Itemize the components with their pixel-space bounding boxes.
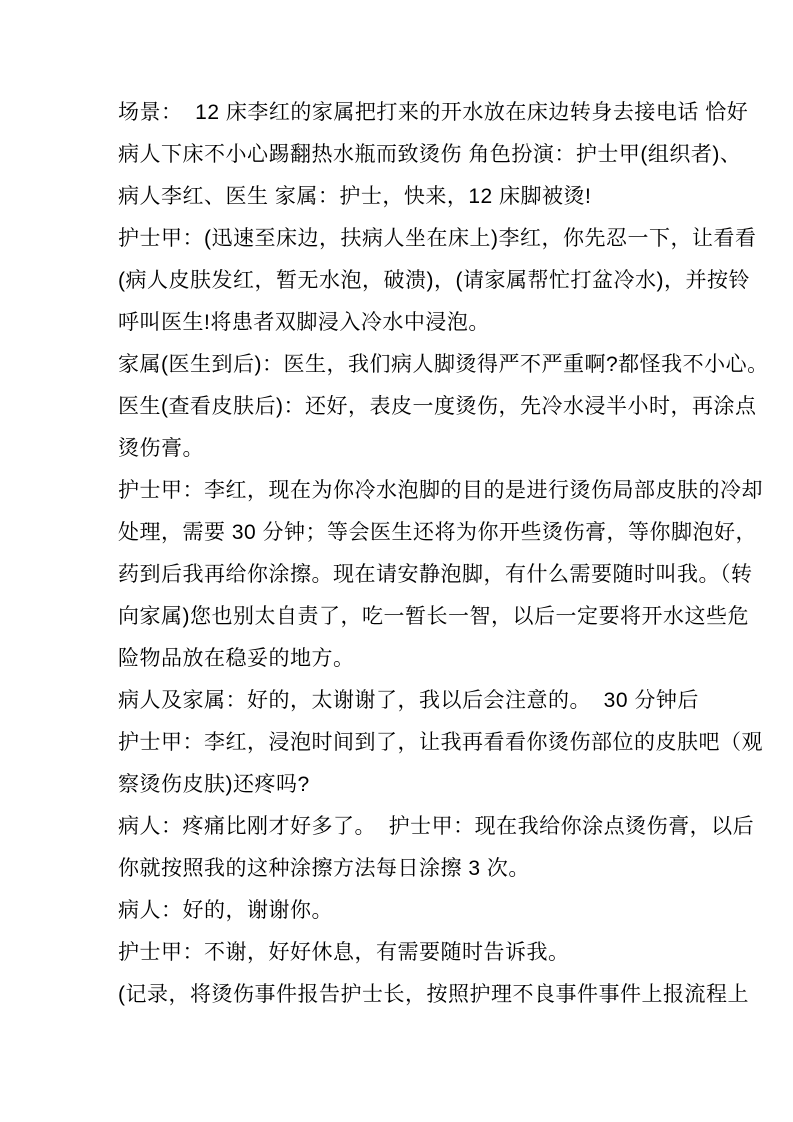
paragraph-record-note: (记录，将烫伤事件报告护士长，按照护理不良事件事件上报流程上 <box>118 974 718 1016</box>
text-line: (记录，将烫伤事件报告护士长，按照护理不良事件事件上报流程上 <box>118 974 718 1016</box>
text-line: 护士甲：不谢，好好休息，有需要随时告诉我。 <box>118 932 718 974</box>
paragraph-patient-family: 病人及家属：好的，太谢谢了，我以后会注意的。 30 分钟后 <box>118 680 718 722</box>
text-line: 病人及家属：好的，太谢谢了，我以后会注意的。 30 分钟后 <box>118 680 718 722</box>
paragraph-patient-1: 病人：疼痛比刚才好多了。 护士甲：现在我给你涂点烫伤膏，以后 你就按照我的这种涂… <box>118 806 718 890</box>
text-line: 你就按照我的这种涂擦方法每日涂擦 3 次。 <box>118 848 718 890</box>
text-line: (病人皮肤发红，暂无水泡，破溃)，(请家属帮忙打盆冷水)，并按铃 <box>118 260 718 302</box>
paragraph-nurse-a-1: 护士甲：(迅速至床边，扶病人坐在床上)李红，你先忍一下，让看看 (病人皮肤发红，… <box>118 218 718 344</box>
text-line: 烫伤膏。 <box>118 428 718 470</box>
text-line: 场景： 12 床李红的家属把打来的开水放在床边转身去接电话 恰好 <box>118 92 718 134</box>
paragraph-nurse-a-3: 护士甲：李红，浸泡时间到了，让我再看看你烫伤部位的皮肤吧（观 察烫伤皮肤)还疼吗… <box>118 722 718 806</box>
document-text-block: 场景： 12 床李红的家属把打来的开水放在床边转身去接电话 恰好 病人下床不小心… <box>118 92 718 1016</box>
paragraph-patient-2: 病人：好的，谢谢你。 <box>118 890 718 932</box>
text-line: 医生(查看皮肤后)：还好，表皮一度烫伤，先冷水浸半小时，再涂点 <box>118 386 718 428</box>
text-line: 家属(医生到后)：医生，我们病人脚烫得严不严重啊?都怪我不小心。 <box>118 344 718 386</box>
text-line: 险物品放在稳妥的地方。 <box>118 638 718 680</box>
text-line: 向家属)您也别太自责了，吃一暂长一智，以后一定要将开水这些危 <box>118 596 718 638</box>
text-line: 病人：好的，谢谢你。 <box>118 890 718 932</box>
text-line: 呼叫医生!将患者双脚浸入冷水中浸泡。 <box>118 302 718 344</box>
paragraph-scene-setup: 场景： 12 床李红的家属把打来的开水放在床边转身去接电话 恰好 病人下床不小心… <box>118 92 718 218</box>
paragraph-family: 家属(医生到后)：医生，我们病人脚烫得严不严重啊?都怪我不小心。 <box>118 344 718 386</box>
text-line: 察烫伤皮肤)还疼吗? <box>118 764 718 806</box>
text-line: 护士甲：李红，浸泡时间到了，让我再看看你烫伤部位的皮肤吧（观 <box>118 722 718 764</box>
paragraph-nurse-a-4: 护士甲：不谢，好好休息，有需要随时告诉我。 <box>118 932 718 974</box>
text-line: 护士甲：李红，现在为你冷水泡脚的目的是进行烫伤局部皮肤的冷却 <box>118 470 718 512</box>
text-line: 病人李红、医生 家属：护士，快来，12 床脚被烫! <box>118 176 718 218</box>
paragraph-nurse-a-2: 护士甲：李红，现在为你冷水泡脚的目的是进行烫伤局部皮肤的冷却 处理，需要 30 … <box>118 470 718 680</box>
paragraph-doctor: 医生(查看皮肤后)：还好，表皮一度烫伤，先冷水浸半小时，再涂点 烫伤膏。 <box>118 386 718 470</box>
text-line: 病人下床不小心踢翻热水瓶而致烫伤 角色扮演：护士甲(组织者)、 <box>118 134 718 176</box>
text-line: 病人：疼痛比刚才好多了。 护士甲：现在我给你涂点烫伤膏，以后 <box>118 806 718 848</box>
text-line: 药到后我再给你涂擦。现在请安静泡脚，有什么需要随时叫我。（转 <box>118 554 718 596</box>
text-line: 护士甲：(迅速至床边，扶病人坐在床上)李红，你先忍一下，让看看 <box>118 218 718 260</box>
document-page: 场景： 12 床李红的家属把打来的开水放在床边转身去接电话 恰好 病人下床不小心… <box>0 0 793 1122</box>
text-line: 处理，需要 30 分钟；等会医生还将为你开些烫伤膏，等你脚泡好， <box>118 512 718 554</box>
